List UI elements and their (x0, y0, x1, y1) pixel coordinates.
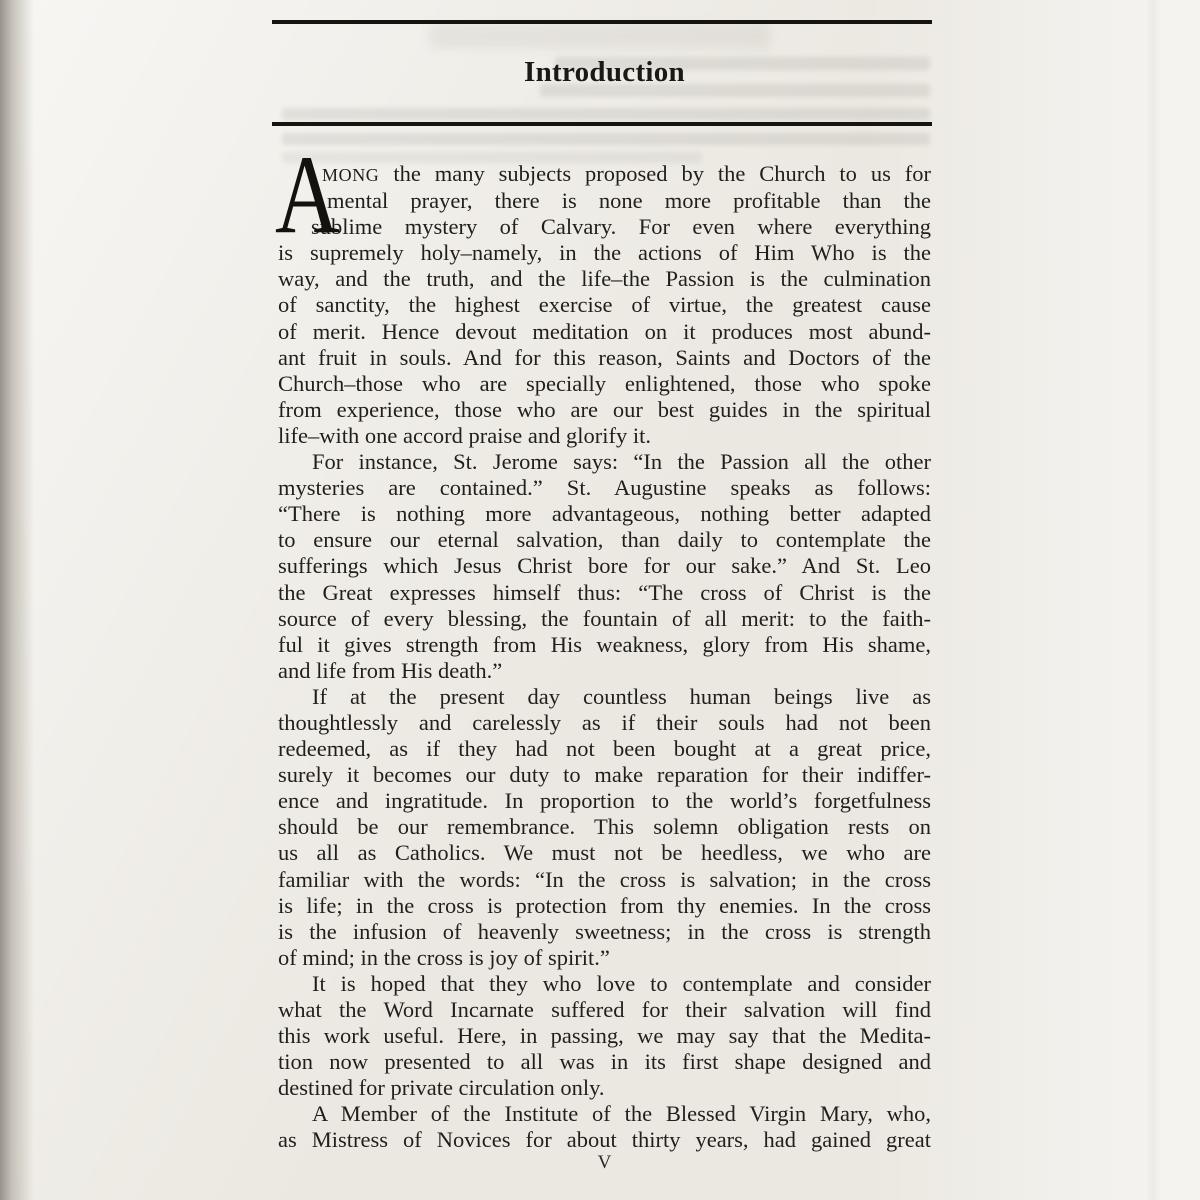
text-line: this work useful. Here, in passing, we m… (278, 1023, 931, 1049)
text-line: of sanctity, the highest exercise of vir… (278, 292, 931, 318)
paragraph: A Member of the Institute of the Blessed… (278, 1101, 931, 1153)
text-line: as Mistress of Novices for about thirty … (278, 1127, 931, 1153)
text-line: way, and the truth, and the life–the Pas… (278, 266, 931, 292)
header-rule-top (272, 20, 932, 24)
page-title: Introduction (278, 56, 931, 89)
text-line: sublime mystery of Calvary. For even whe… (311, 214, 931, 240)
page-content: Introduction MONG the many subjects prop… (278, 0, 931, 1200)
text-line: source of every blessing, the fountain o… (278, 606, 931, 632)
text-line: from experience, those who are our best … (278, 397, 931, 423)
text-line: surely it becomes our duty to make repar… (278, 762, 931, 788)
paragraph: It is hoped that they who love to contem… (278, 971, 931, 1101)
paragraph: If at the present day countless human be… (278, 684, 931, 971)
text-line: It is hoped that they who love to contem… (278, 971, 931, 997)
text-line: us all as Catholics. We must not be heed… (278, 840, 931, 866)
text-line: to ensure our eternal salvation, than da… (278, 527, 931, 553)
text-line: sufferings which Jesus Christ bore for o… (278, 553, 931, 579)
text-line: what the Word Incarnate suffered for the… (278, 997, 931, 1023)
text-line: ant fruit in souls. And for this reason,… (278, 345, 931, 371)
page-crease-shadow (1146, 0, 1160, 1200)
text-line: the Great expresses himself thus: “The c… (278, 580, 931, 606)
text-line: Church–those who are specially enlighten… (278, 371, 931, 397)
text-line: thoughtlessly and carelessly as if their… (278, 710, 931, 736)
text-line: is life; in the cross is protection from… (278, 893, 931, 919)
page-number: v (278, 1152, 931, 1174)
text-line: “There is nothing more advantageous, not… (278, 501, 931, 527)
text-line: life–with one accord praise and glorify … (278, 423, 931, 449)
text-line: For instance, St. Jerome says: “In the P… (278, 449, 931, 475)
dropcap-letter: A (275, 139, 340, 251)
text-line: and life from His death.” (278, 658, 931, 684)
text-line: MONG the many subjects proposed by the C… (322, 161, 931, 188)
text-line: ful it gives strength from His weakness,… (278, 632, 931, 658)
text-line: mental prayer, there is none more profit… (327, 188, 931, 214)
paragraph: MONG the many subjects proposed by the C… (278, 161, 931, 449)
text-line: ence and ingratitude. In proportion to t… (278, 788, 931, 814)
text-line: destined for private circulation only. (278, 1075, 931, 1101)
text-line: tion now presented to all was in its fir… (278, 1049, 931, 1075)
book-page-scan: { "page": { "title": "Introduction", "pa… (0, 0, 1200, 1200)
paragraph: For instance, St. Jerome says: “In the P… (278, 449, 931, 684)
text-line: is supremely holy–namely, in the actions… (278, 240, 931, 266)
text-line: redeemed, as if they had not been bought… (278, 736, 931, 762)
text-line: If at the present day countless human be… (278, 684, 931, 710)
text-line: A Member of the Institute of the Blessed… (278, 1101, 931, 1127)
text-line: familiar with the words: “In the cross i… (278, 867, 931, 893)
header-rule-bottom (272, 122, 932, 126)
page-gutter-shadow (0, 0, 34, 1200)
text-line: should be our remembrance. This solemn o… (278, 814, 931, 840)
text-line: mysteries are contained.” St. Augustine … (278, 475, 931, 501)
body-text: MONG the many subjects proposed by the C… (278, 161, 931, 1154)
text-line: of mind; in the cross is joy of spirit.” (278, 945, 931, 971)
text-line: is the infusion of heavenly sweetness; i… (278, 919, 931, 945)
text-line: of merit. Hence devout meditation on it … (278, 319, 931, 345)
